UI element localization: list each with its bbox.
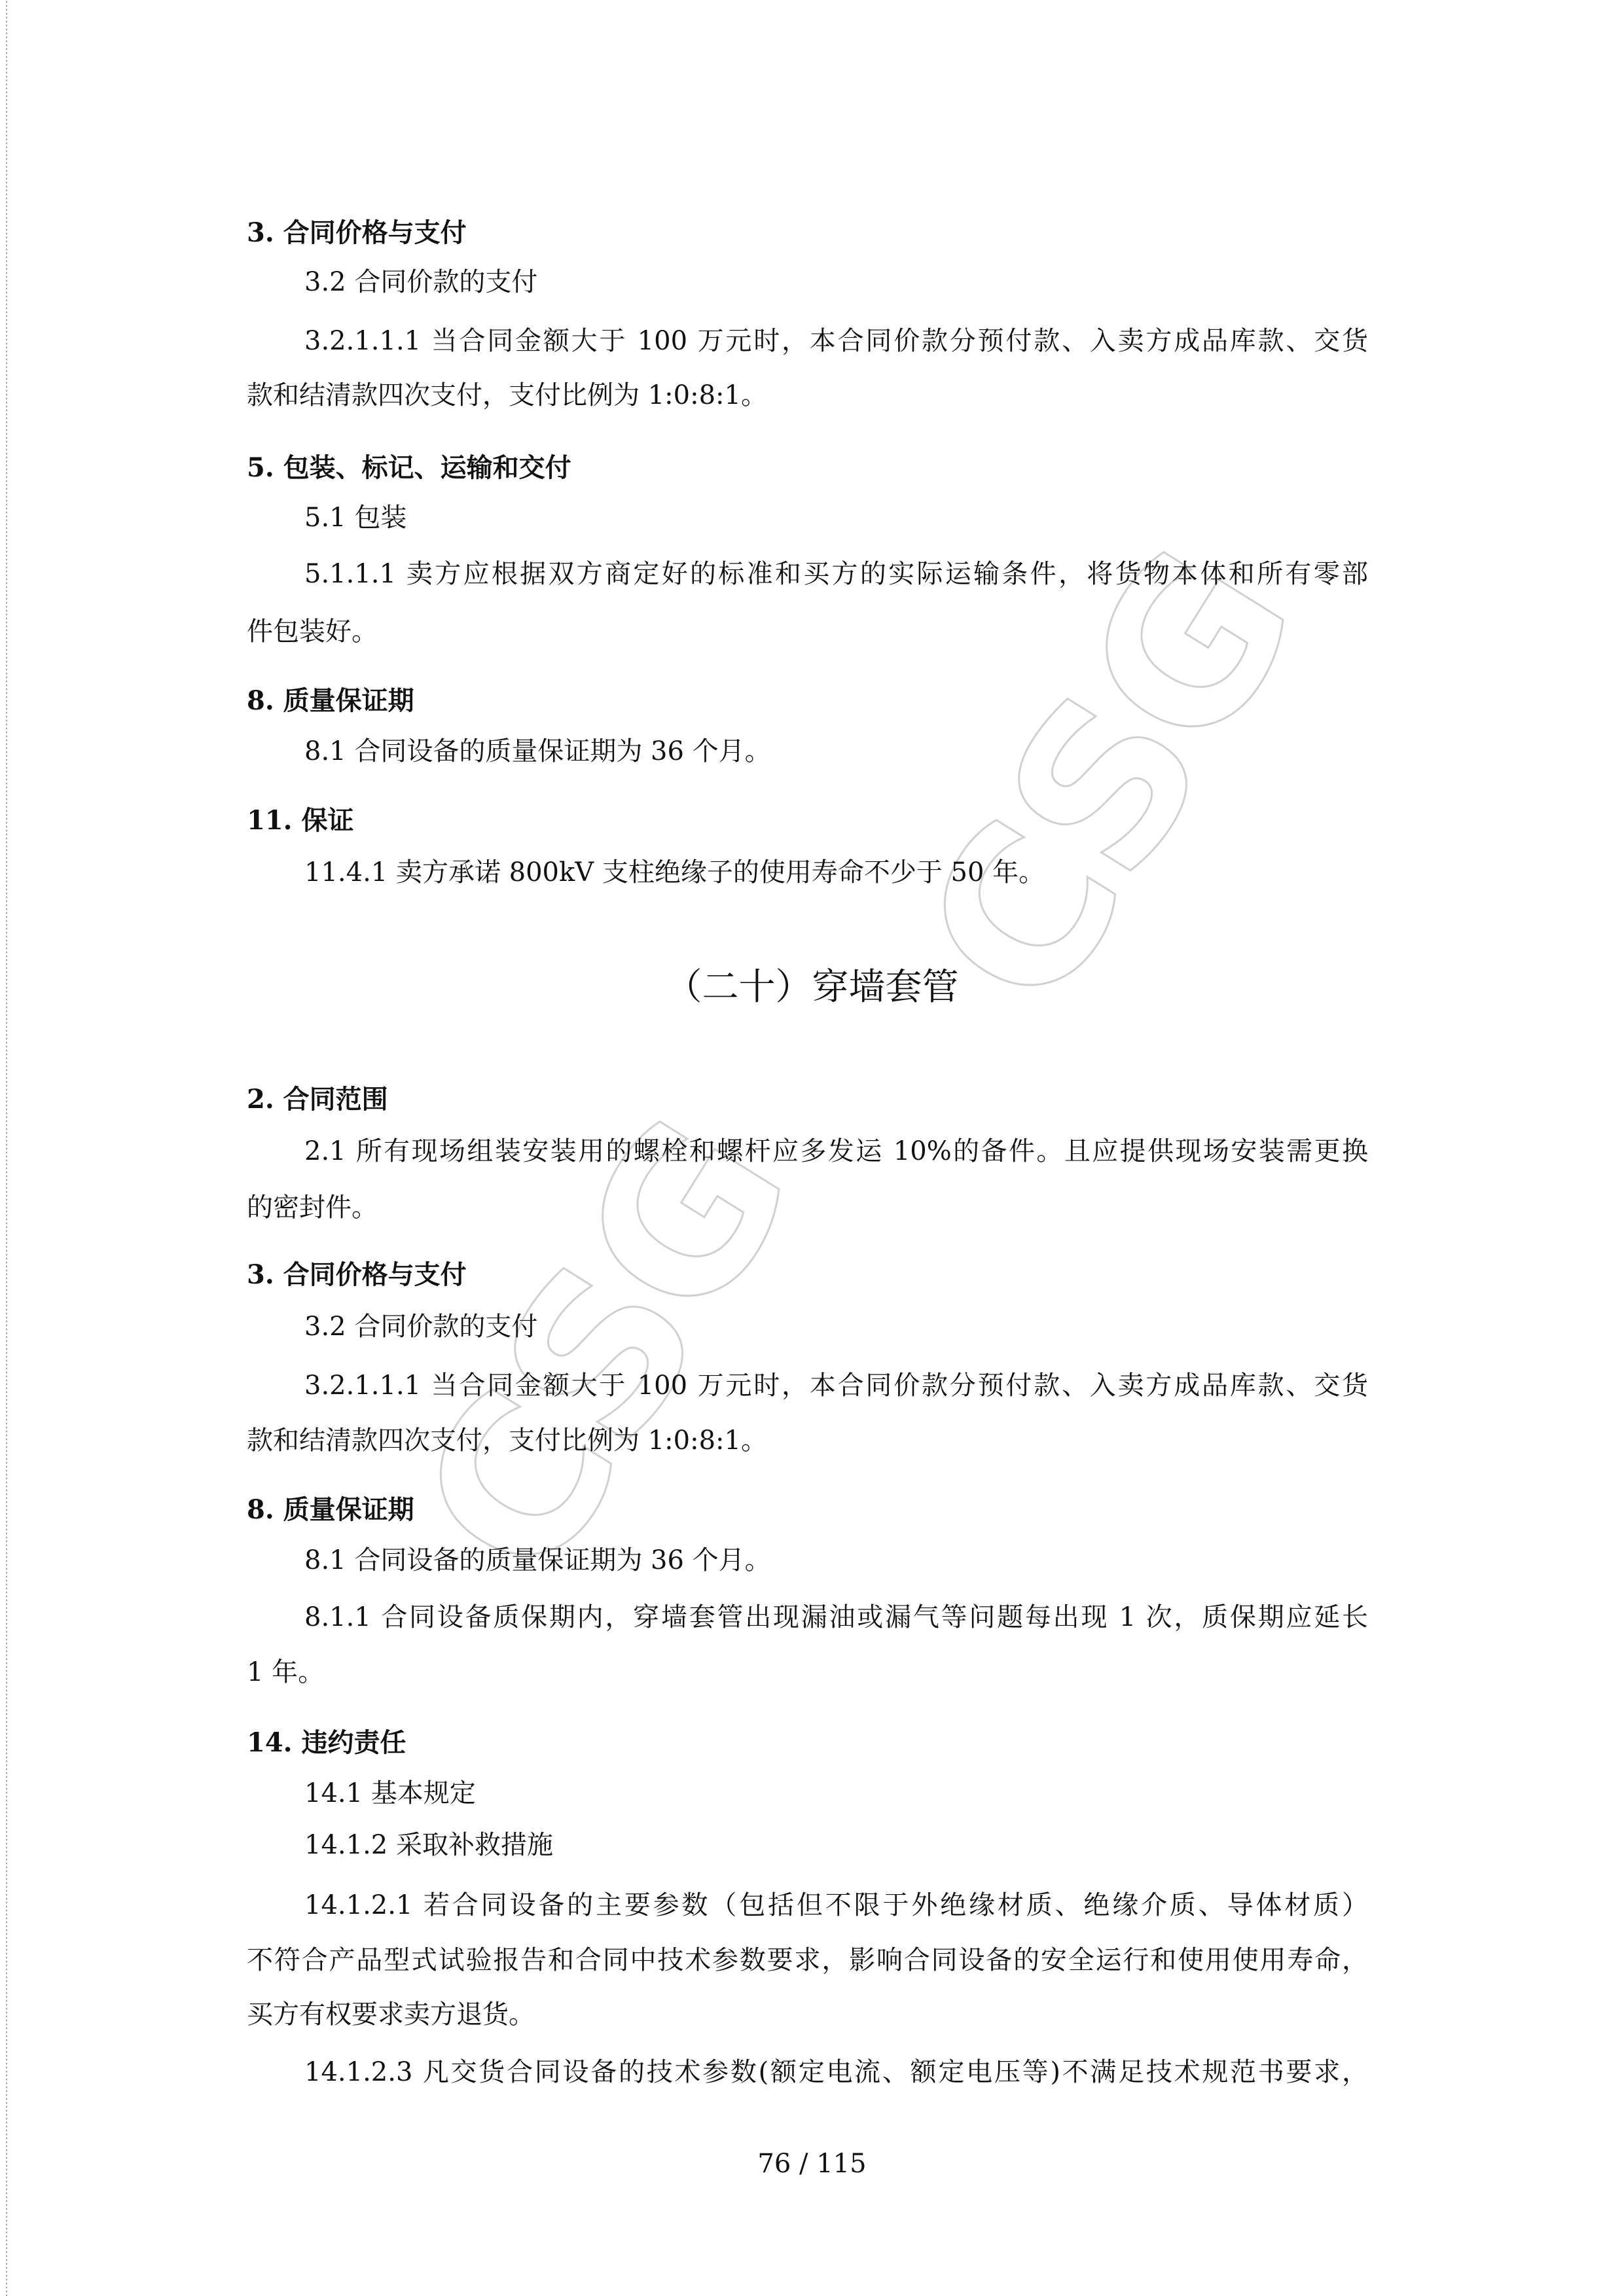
heading-warranty-period: 8. 质量保证期 [247,685,1368,717]
scan-edge-artifact [5,0,8,2296]
clause-14-1-2-1-line1: 14.1.2.1 若合同设备的主要参数（包括但不限于外绝缘材质、绝缘介质、导体材… [247,1889,1368,1922]
heading-liability: 14. 违约责任 [247,1727,1368,1759]
page-number: 76 / 115 [0,2149,1624,2179]
clause-8-1-b: 8.1 合同设备的质量保证期为 36 个月。 [247,1544,1368,1577]
clause-8-1: 8.1 合同设备的质量保证期为 36 个月。 [247,735,1368,768]
clause-5-1-1-1-line1: 5.1.1.1 卖方应根据双方商定好的标准和买方的实际运输条件，将货物本体和所有… [247,558,1368,590]
clause-2-1-line2: 的密封件。 [247,1191,1368,1224]
clause-2-1-line1: 2.1 所有现场组装安装用的螺栓和螺杆应多发运 10%的备件。且应提供现场安装需… [247,1135,1368,1168]
heading-warranty-period-2: 8. 质量保证期 [247,1494,1368,1526]
clause-14-1-2: 14.1.2 采取补救措施 [247,1829,1368,1861]
clause-3-2-1-1-1-line2: 款和结清款四次支付，支付比例为 1:0:8:1。 [247,379,1368,412]
clause-3-2: 3.2 合同价款的支付 [247,266,1368,298]
clause-5-1: 5.1 包装 [247,501,1368,534]
heading-contract-price: 3. 合同价格与支付 [247,217,1368,249]
clause-8-1-1-line2: 1 年。 [247,1656,1368,1689]
heading-contract-scope: 2. 合同范围 [247,1083,1368,1116]
clause-11-4-1: 11.4.1 卖方承诺 800kV 支柱绝缘子的使用寿命不少于 50 年。 [247,856,1368,889]
heading-guarantee: 11. 保证 [247,804,1368,837]
clause-3-2-1-1-1-b-line2: 款和结清款四次支付，支付比例为 1:0:8:1。 [247,1424,1368,1457]
heading-contract-price-2: 3. 合同价格与支付 [247,1259,1368,1291]
clause-8-1-1-line1: 8.1.1 合同设备质保期内，穿墙套管出现漏油或漏气等问题每出现 1 次，质保期… [247,1601,1368,1634]
clause-3-2-1-1-1-line1: 3.2.1.1.1 当合同金额大于 100 万元时，本合同价款分预付款、入卖方成… [247,325,1368,357]
clause-3-2-1-1-1-b-line1: 3.2.1.1.1 当合同金额大于 100 万元时，本合同价款分预付款、入卖方成… [247,1369,1368,1402]
clause-14-1-2-1-line2: 不符合产品型式试验报告和合同中技术参数要求，影响合同设备的安全运行和使用使用寿命… [247,1944,1368,1977]
section-title: （二十）穿墙套管 [0,965,1624,1011]
heading-packaging: 5. 包装、标记、运输和交付 [247,452,1368,484]
clause-5-1-1-1-line2: 件包装好。 [247,615,1368,648]
clause-14-1-2-1-line3: 买方有权要求卖方退货。 [247,1998,1368,2031]
clause-14-1-2-3-line1: 14.1.2.3 凡交货合同设备的技术参数(额定电流、额定电压等)不满足技术规范… [247,2056,1368,2089]
clause-14-1: 14.1 基本规定 [247,1777,1368,1810]
clause-3-2-b: 3.2 合同价款的支付 [247,1310,1368,1343]
